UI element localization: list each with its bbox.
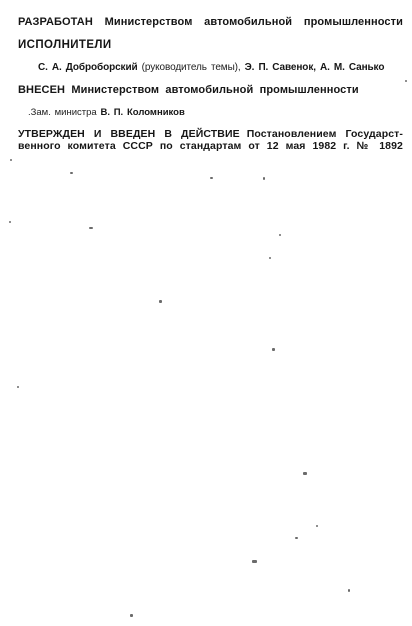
document-page: РАЗРАБОТАН Министерством автомобильной п… <box>0 0 412 626</box>
scan-speckle <box>295 537 298 539</box>
scan-speckle <box>70 172 73 174</box>
scan-speckle <box>252 560 257 563</box>
scan-speckle <box>272 348 275 351</box>
scan-speckle <box>9 221 11 223</box>
deputy-minister-line: .Зам. министра В. П. Коломников <box>18 107 403 118</box>
scan-speckle <box>17 386 19 388</box>
scan-speckle <box>159 300 162 303</box>
scan-speckle <box>263 177 265 180</box>
deputy-name: В. П. Коломников <box>100 107 184 118</box>
scan-speckle <box>348 589 350 592</box>
scan-speckle <box>316 525 318 527</box>
scan-speckle <box>10 159 12 161</box>
scan-speckle <box>269 257 271 259</box>
approved-block: УТВЕРЖДЕН И ВВЕДЕН В ДЕЙСТВИЕПостановлен… <box>18 128 403 152</box>
executors-heading: ИСПОЛНИТЕЛИ <box>18 39 403 51</box>
scan-speckle <box>210 177 213 179</box>
scan-speckle <box>130 614 133 617</box>
scan-speckle <box>303 472 307 475</box>
executor-name-3: А. М. Санько <box>320 62 384 73</box>
scan-speckle <box>89 227 93 229</box>
executor-name-2: Э. П. Савенок, <box>245 62 316 73</box>
approved-text-1: Постановлением Государст- <box>247 128 403 140</box>
scan-speckle <box>405 80 407 82</box>
approved-line-1: УТВЕРЖДЕН И ВВЕДЕН В ДЕЙСТВИЕПостановлен… <box>18 128 403 140</box>
executors-line: С. А. Доброборский (руководитель темы), … <box>18 62 403 73</box>
approved-label: УТВЕРЖДЕН И ВВЕДЕН В ДЕЙСТВИЕ <box>18 128 240 140</box>
developed-label: РАЗРАБОТАН <box>18 16 93 28</box>
approved-text-2: венного комитета СССР по стандартам от 1… <box>18 140 403 152</box>
developed-text: Министерством автомобильной промышленнос… <box>105 16 403 28</box>
scan-speckle <box>279 234 281 236</box>
approved-line-2: венного комитета СССР по стандартам от 1… <box>18 140 403 152</box>
executor-role: (руководитель темы), <box>142 62 241 73</box>
submitted-line: ВНЕСЕН Министерством автомобильной промы… <box>18 84 403 96</box>
submitted-label: ВНЕСЕН <box>18 84 65 96</box>
submitted-text: Министерством автомобильной промышленнос… <box>71 84 358 96</box>
developed-line: РАЗРАБОТАН Министерством автомобильной п… <box>18 16 403 28</box>
executor-name-1: С. А. Доброборский <box>38 62 138 73</box>
deputy-title: .Зам. министра <box>28 107 97 118</box>
